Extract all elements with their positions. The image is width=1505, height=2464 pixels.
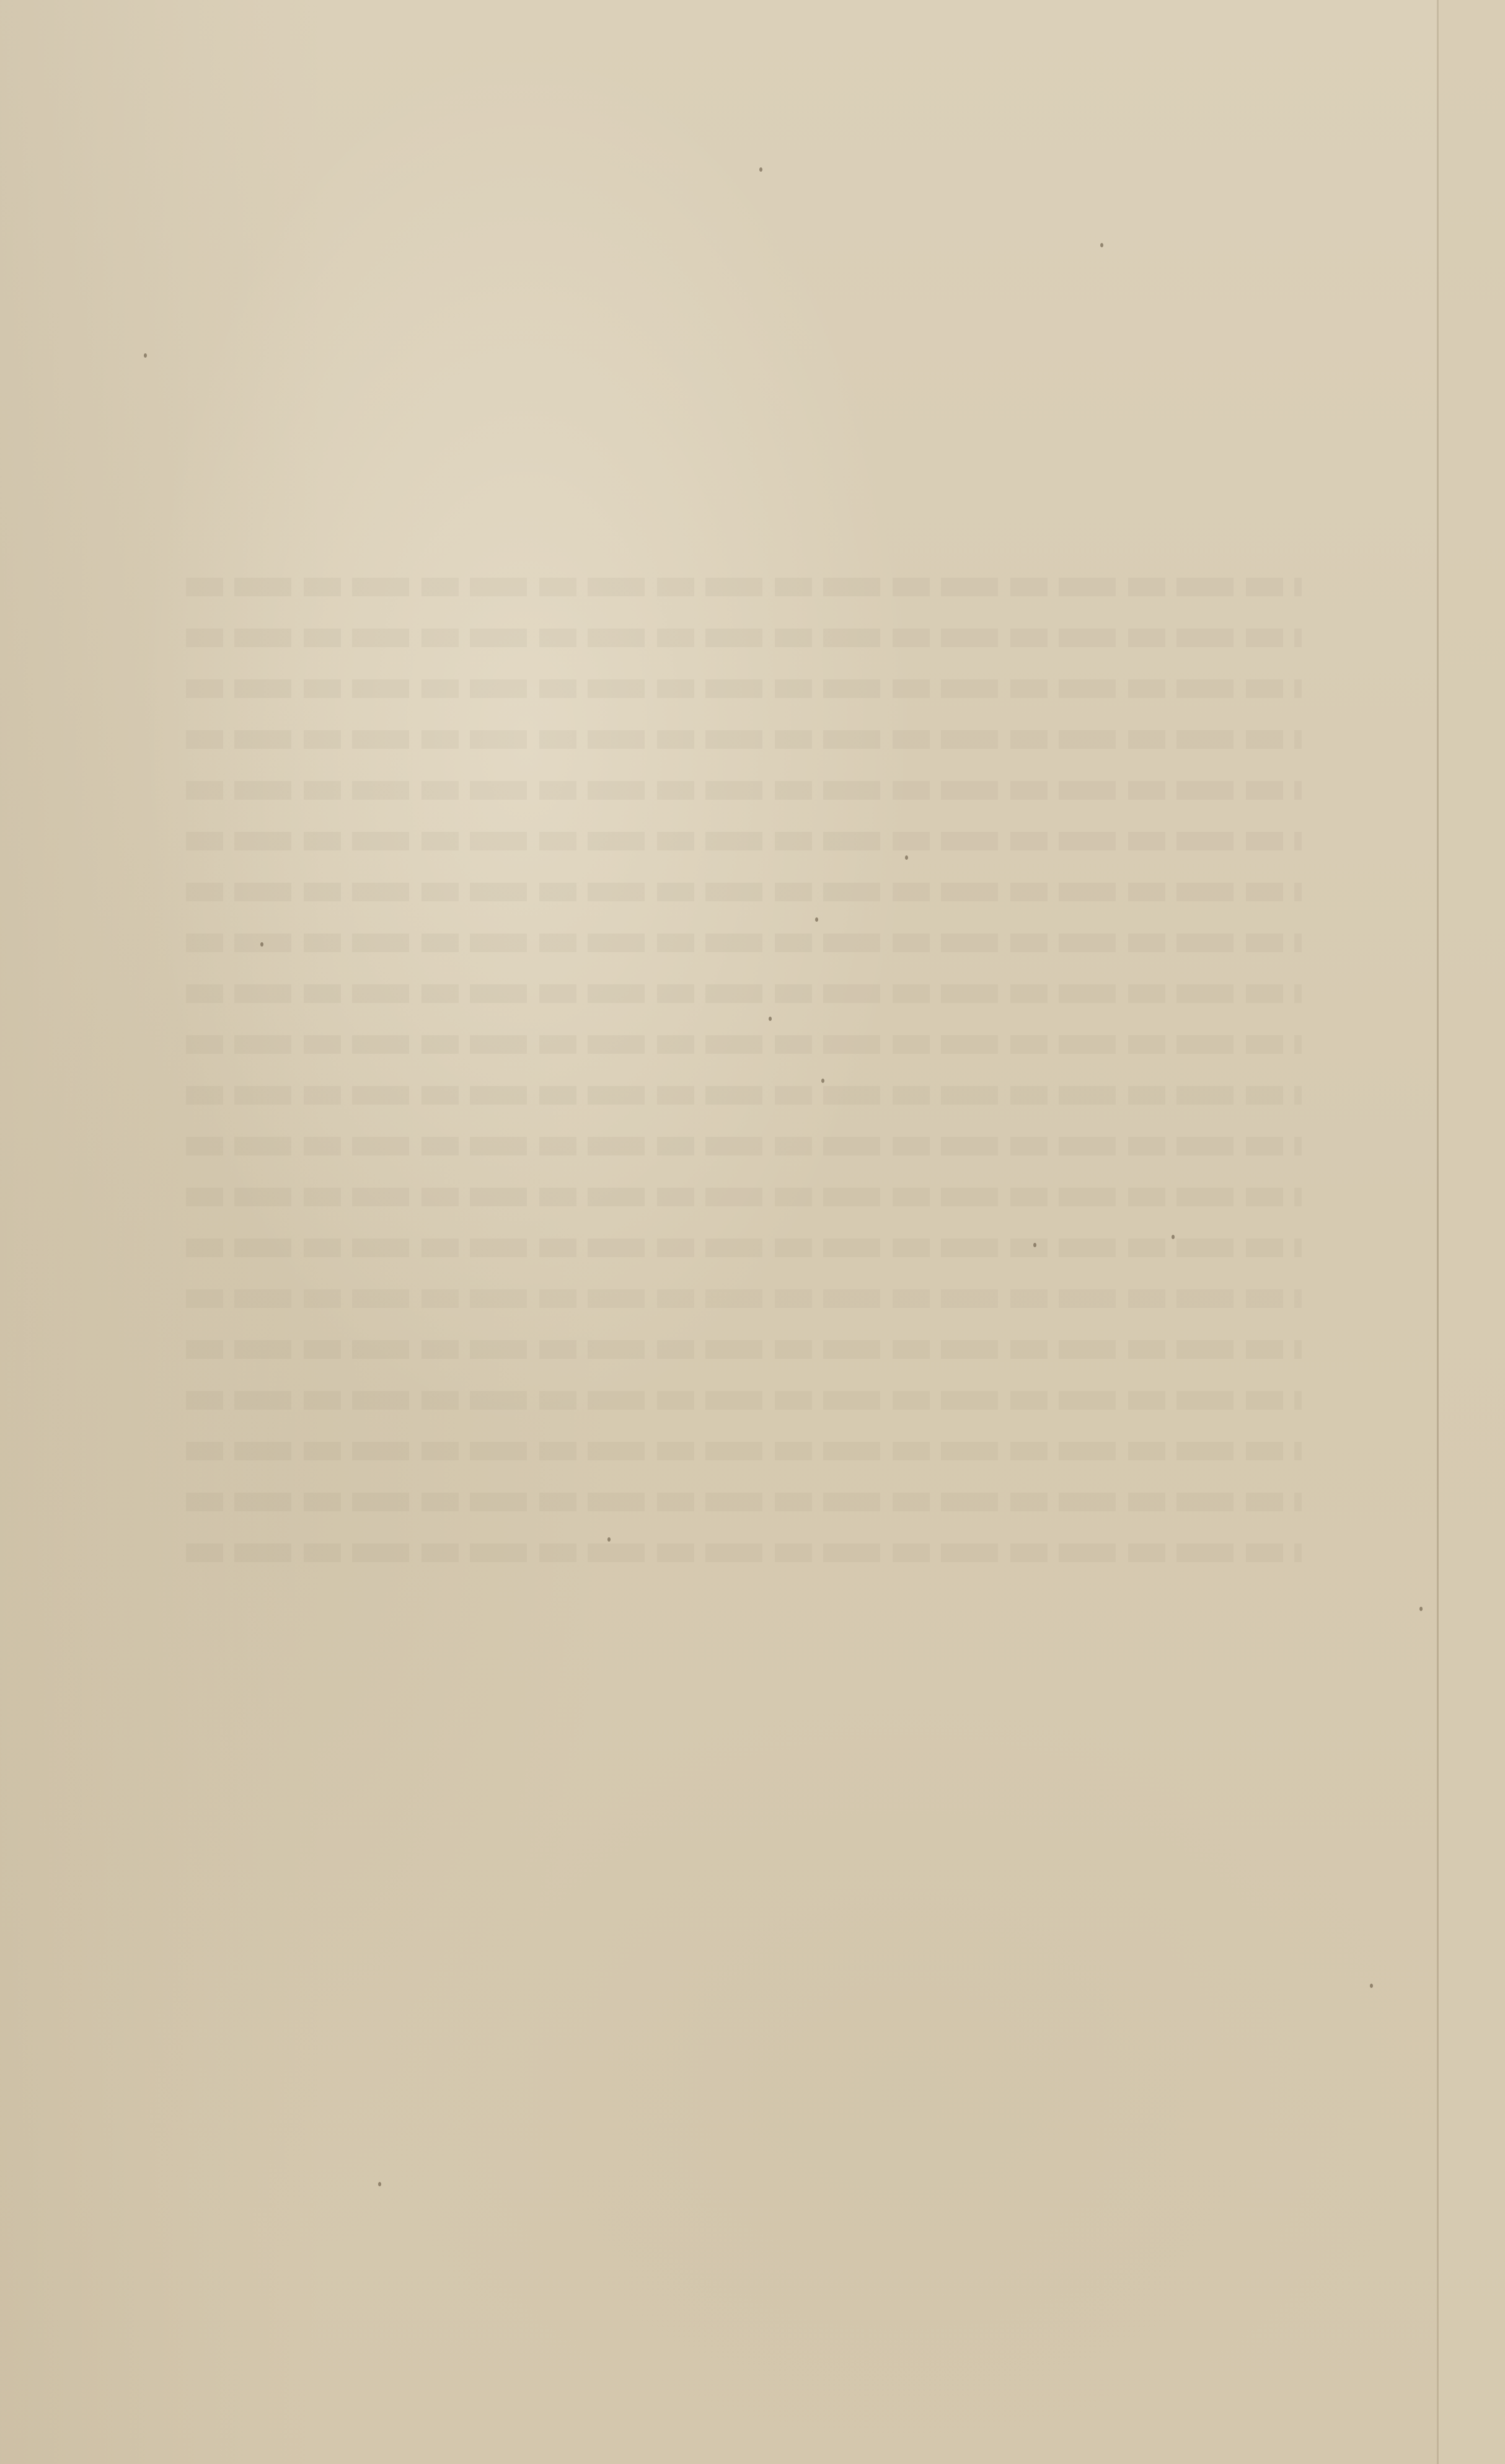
paper-speck (1370, 1984, 1373, 1988)
paper-speck (607, 1537, 611, 1542)
page-margin-strip (1439, 0, 1505, 2464)
paper-speck (260, 942, 263, 947)
paper-speck (378, 2182, 381, 2186)
paper-speck (821, 1079, 824, 1083)
paper-speck (759, 167, 762, 172)
show-through-text-ghost (186, 545, 1302, 1971)
paper-speck (1033, 1243, 1036, 1247)
paper-speck (144, 353, 147, 358)
page-fold-line (1437, 0, 1439, 2464)
paper-speck (905, 855, 908, 860)
paper-speck (1172, 1235, 1175, 1239)
paper-speck (1100, 243, 1103, 247)
paper-speck (1419, 1607, 1423, 1611)
blank-document-page (0, 0, 1505, 2464)
paper-speck (815, 917, 818, 922)
paper-speck (769, 1017, 772, 1021)
